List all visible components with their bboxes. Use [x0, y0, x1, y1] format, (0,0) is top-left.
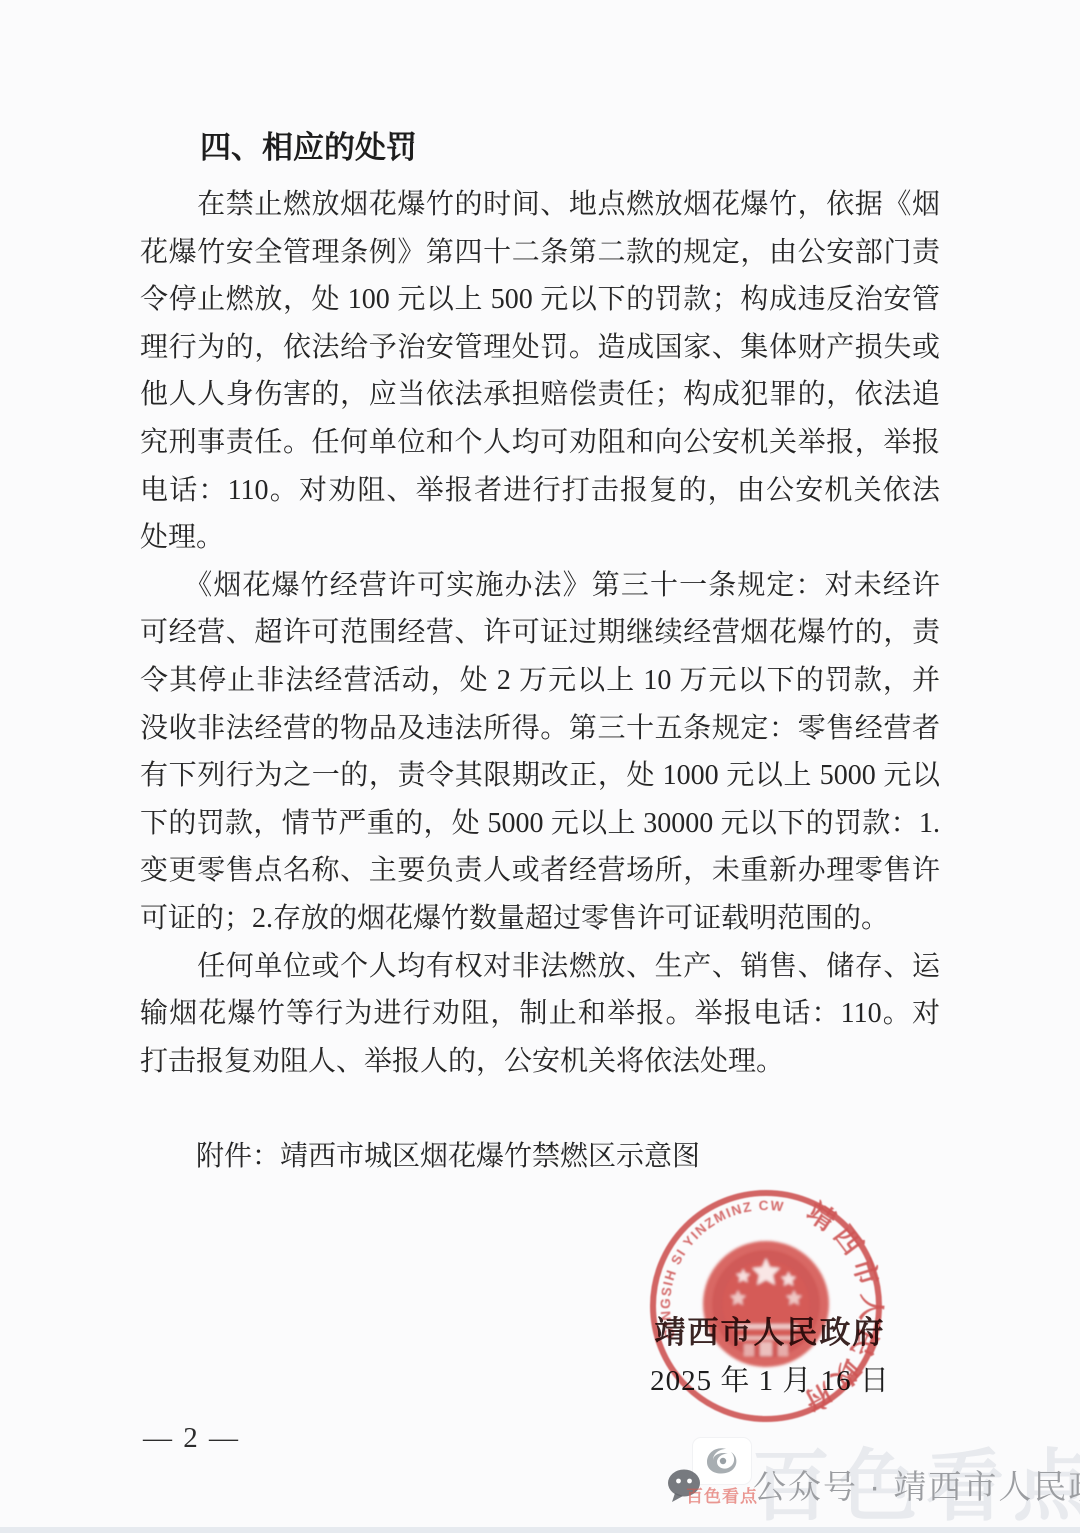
body-text-line: 可经营、超许可范围经营、许可证过期继续经营烟花爆竹的，责 — [140, 609, 940, 657]
body-text-line: 理行为的，依法给予治安管理处罚。造成国家、集体财产损失或 — [140, 324, 940, 372]
document-body: 四、相应的处罚 在禁止燃放烟花爆竹的时间、地点燃放烟花爆竹，依据《烟花爆竹安全管… — [140, 124, 940, 1180]
body-text-line: 电话：110。对劝阻、举报者进行打击报复的，由公安机关依法 — [140, 467, 940, 515]
document-page: 四、相应的处罚 在禁止燃放烟花爆竹的时间、地点燃放烟花爆竹，依据《烟花爆竹安全管… — [0, 0, 1080, 1533]
body-text-line: 没收非法经营的物品及违法所得。第三十五条规定：零售经营者 — [140, 705, 940, 753]
media-logo-wordmark: 百色看点 — [686, 1482, 758, 1507]
official-seal: GINGSIH SI YINZMINZ CWNGFUJ 靖西市人民政府 — [646, 1186, 886, 1426]
public-account-caption: 公众号 · 靖西市人民政府 — [753, 1461, 1080, 1508]
bottom-edge-strip — [0, 1527, 1080, 1533]
attachment-line: 附件：靖西市城区烟花爆竹禁燃区示意图 — [140, 1133, 940, 1181]
body-text-line: 《烟花爆竹经营许可实施办法》第三十一条规定：对未经许 — [140, 562, 940, 610]
body-text-line: 花爆竹安全管理条例》第四十二条第二款的规定，由公安部门责 — [140, 229, 940, 277]
body-text-line: 究刑事责任。任何单位和个人均可劝阻和向公安机关举报，举报 — [140, 419, 940, 467]
body-text-line: 他人人身伤害的，应当依法承担赔偿责任；构成犯罪的，依法追 — [140, 371, 940, 419]
body-text-line: 可证的；2.存放的烟花爆竹数量超过零售许可证载明范围的。 — [140, 895, 940, 943]
body-text-line: 有下列行为之一的，责令其限期改正，处 1000 元以上 5000 元以 — [140, 752, 940, 800]
national-emblem — [703, 1241, 829, 1367]
body-text-line: 下的罚款，情节严重的，处 5000 元以上 30000 元以下的罚款：1. — [140, 800, 940, 848]
section-heading: 四、相应的处罚 — [140, 124, 940, 172]
body-text-line: 令其停止非法经营活动，处 2 万元以上 10 万元以下的罚款，并 — [140, 657, 940, 705]
body-text-line: 输烟花爆竹等行为进行劝阻，制止和举报。举报电话：110。对 — [140, 990, 940, 1038]
body-text-line: 任何单位或个人均有权对非法燃放、生产、销售、储存、运 — [140, 943, 940, 991]
body-paragraphs: 在禁止燃放烟花爆竹的时间、地点燃放烟花爆竹，依据《烟花爆竹安全管理条例》第四十二… — [140, 181, 940, 1085]
body-text-line: 在禁止燃放烟花爆竹的时间、地点燃放烟花爆竹，依据《烟 — [140, 181, 940, 229]
body-text-line: 处理。 — [140, 514, 940, 562]
vortex-logo-icon — [699, 1440, 745, 1482]
body-text-line: 打击报复劝阻人、举报人的，公安机关将依法处理。 — [140, 1038, 940, 1086]
body-text-line: 变更零售点名称、主要负责人或者经营场所，未重新办理零售许 — [140, 847, 940, 895]
body-text-line: 令停止燃放，处 100 元以上 500 元以下的罚款；构成违反治安管 — [140, 276, 940, 324]
page-number: — 2 — — [143, 1422, 240, 1455]
